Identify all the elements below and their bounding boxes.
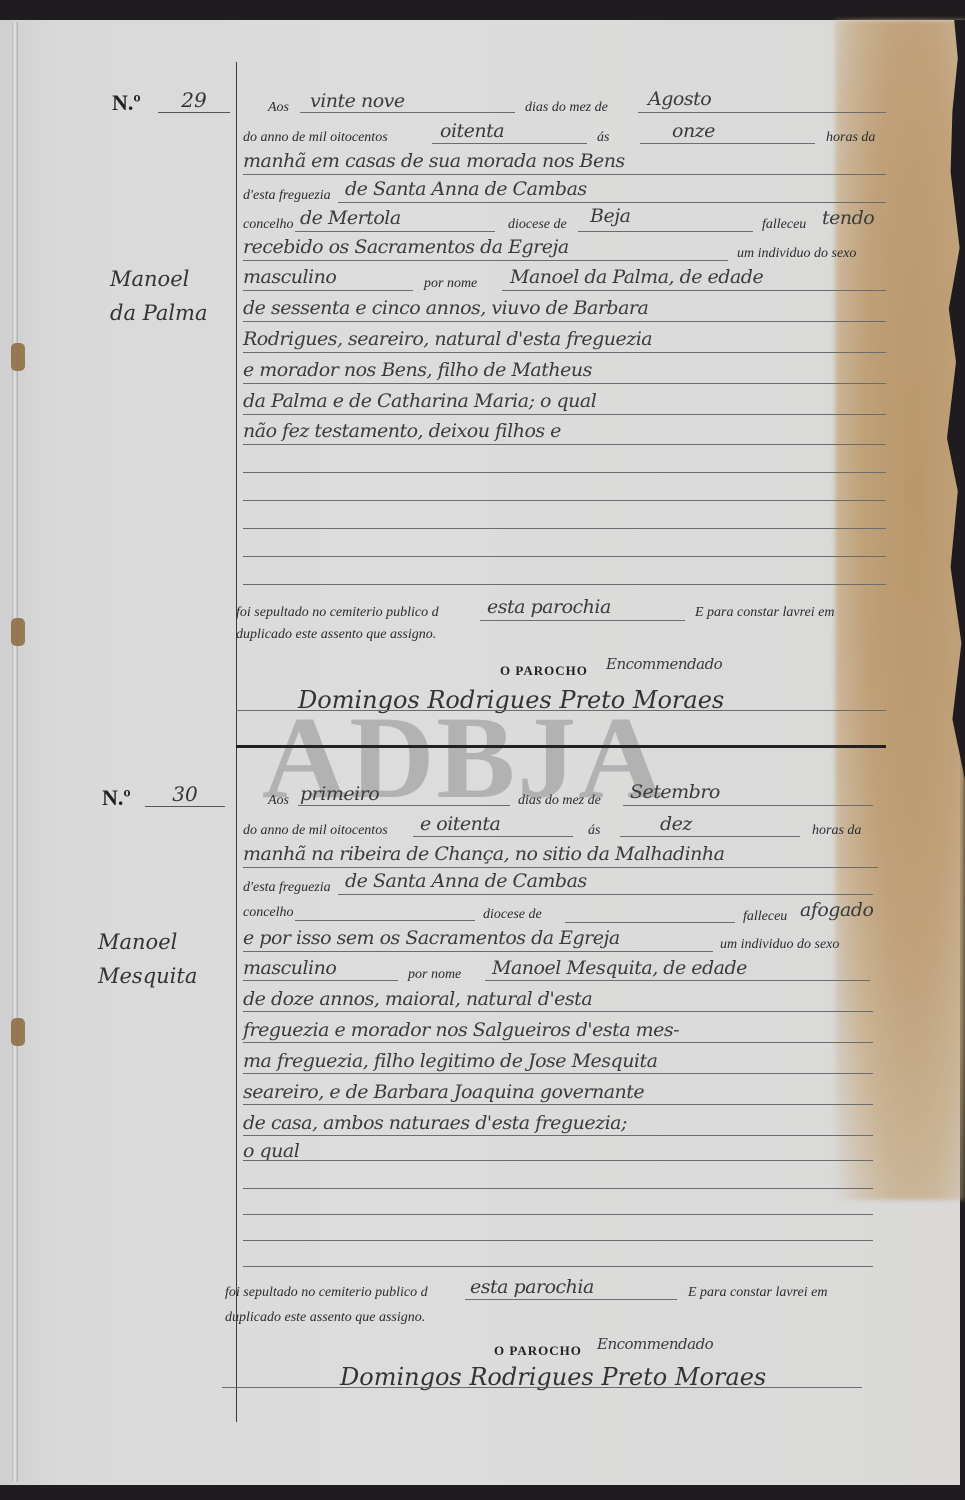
field-name: Manoel Mesquita, de edade <box>492 957 747 979</box>
field-month: Agosto <box>648 88 711 110</box>
field-year: oitenta <box>440 120 504 142</box>
field-sex: masculino <box>243 957 336 979</box>
field-place: manhã na ribeira de Chança, no sitio da … <box>243 843 724 865</box>
parocho-label: O PAROCHO <box>500 663 588 679</box>
parocho-label: O PAROCHO <box>494 1343 582 1359</box>
field-month: Setembro <box>630 781 720 803</box>
field-year: e oitenta <box>420 813 500 835</box>
field-name: Manoel da Palma, de edade <box>510 266 763 288</box>
field-sex: masculino <box>243 266 336 288</box>
field-concelho: de Mertola <box>300 207 401 229</box>
entry-divider <box>236 745 886 748</box>
water-stain <box>835 20 965 1200</box>
entry-number-label: N.º <box>112 90 141 116</box>
entry-number: 30 <box>145 782 225 807</box>
field-place: manhã em casas de sua morada nos Bens <box>243 150 625 172</box>
margin-name: Manoel da Palma <box>110 262 208 330</box>
field-cemetery: esta parochia <box>487 596 611 618</box>
field-freguezia: de Santa Anna de Cambas <box>345 178 587 200</box>
binding-stain <box>11 618 25 646</box>
binding-stain <box>11 343 25 371</box>
margin-rule <box>236 62 237 1422</box>
field-day: primeiro <box>300 783 379 805</box>
book-binding <box>12 22 18 1482</box>
entry-number-label: N.º <box>102 785 131 811</box>
field-diocese: Beja <box>590 205 630 227</box>
margin-name: Manoel Mesquita <box>98 925 197 993</box>
field-day: vinte nove <box>310 90 405 112</box>
binding-stain <box>11 1018 25 1046</box>
entry-number: 29 <box>158 88 230 113</box>
field-freguezia: de Santa Anna de Cambas <box>345 870 587 892</box>
field-cemetery: esta parochia <box>470 1276 594 1298</box>
field-hour: onze <box>672 120 715 142</box>
field-hour: dez <box>660 813 692 835</box>
